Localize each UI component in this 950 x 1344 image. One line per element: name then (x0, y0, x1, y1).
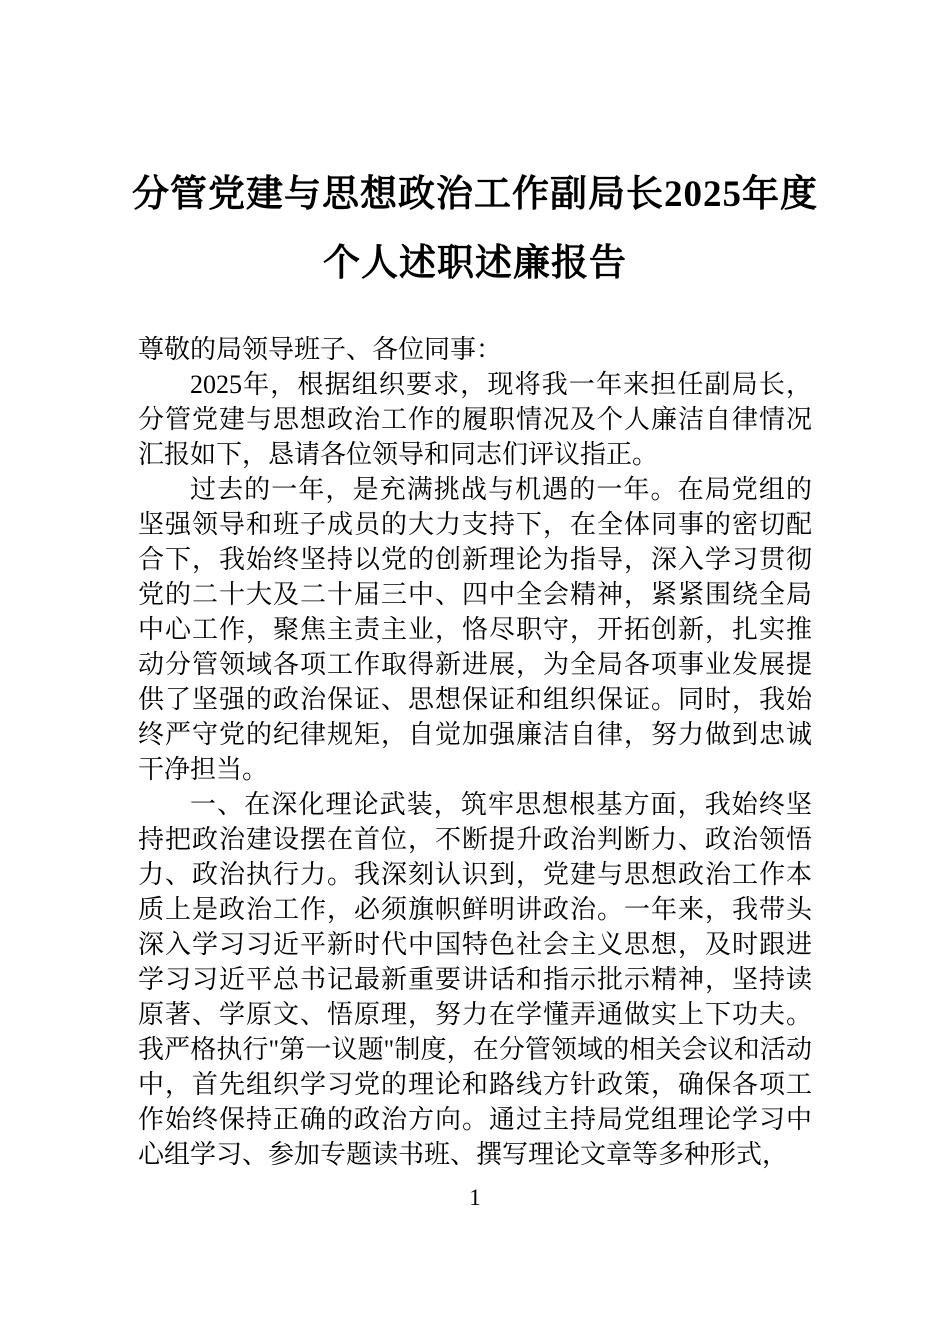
document-title: 分管党建与思想政治工作副局长2025年度 个人述职述廉报告 (0, 0, 950, 298)
paragraph-section-one-theory: 一、在深化理论武装，筑牢思想根基方面，我始终坚持把政治建设摆在首位，不断提升政治… (138, 787, 812, 1172)
document-body: 尊敬的局领导班子、各位同事： 2025年，根据组织要求，现将我一年来担任副局长，… (138, 332, 812, 1172)
paragraph-year-overview: 过去的一年，是充满挑战与机遇的一年。在局党组的坚强领导和班子成员的大力支持下，在… (138, 472, 812, 787)
page-number: 1 (0, 1184, 950, 1212)
greeting-line: 尊敬的局领导班子、各位同事： (138, 332, 812, 367)
paragraph-opening: 2025年，根据组织要求，现将我一年来担任副局长，分管党建与思想政治工作的履职情… (138, 367, 812, 472)
document-title-line-2: 个人述职述廉报告 (0, 229, 950, 298)
document-page: 分管党建与思想政治工作副局长2025年度 个人述职述廉报告 尊敬的局领导班子、各… (0, 0, 950, 1344)
document-title-line-1: 分管党建与思想政治工作副局长2025年度 (0, 160, 950, 229)
